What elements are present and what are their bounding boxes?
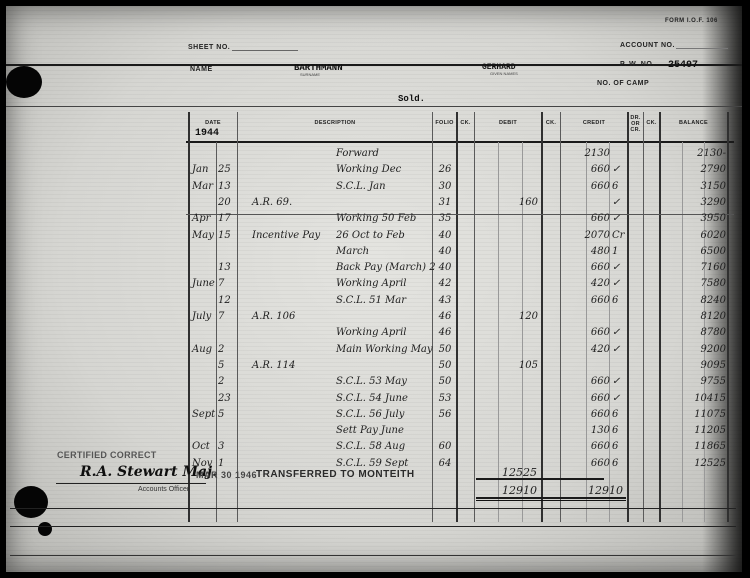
row-month: Apr — [192, 213, 216, 224]
row-balance: 7160 — [662, 262, 726, 273]
row-month: Aug — [192, 344, 216, 355]
punch-hole-bottom-large — [14, 486, 48, 518]
row-check-mark: 6 — [612, 425, 634, 436]
row-balance: 9200 — [662, 344, 726, 355]
row-check-mark: ✓ — [612, 393, 634, 404]
row-day: 20 — [218, 197, 236, 208]
pw-no-value: 25407 — [668, 60, 698, 71]
col-header-year: 1944 — [195, 128, 219, 139]
row-description: S.C.L. 59 Sept — [336, 458, 432, 469]
table-row: Sept5S.C.L. 56 July56660611075 — [0, 409, 750, 425]
row-check-mark: ✓ — [612, 376, 634, 387]
row-day: 13 — [218, 262, 236, 273]
row-day: 23 — [218, 393, 236, 404]
row-balance: 8780 — [662, 327, 726, 338]
row-debit: 105 — [476, 360, 538, 371]
row-description: Working 50 Feb — [336, 213, 432, 224]
row-description: Working Dec — [336, 164, 432, 175]
table-row: 20A.R. 69.31160✓3290 — [0, 197, 750, 213]
col-header-debit: DEBIT — [475, 120, 541, 126]
row-folio: 56 — [434, 409, 456, 420]
row-description: S.C.L. 51 Mar — [336, 295, 432, 306]
table-row: Apr17Working 50 Feb35660✓3950 — [0, 213, 750, 229]
table-header-bottom — [186, 141, 734, 143]
row-month: Sept — [192, 409, 216, 420]
surname-caption: Surname — [300, 72, 320, 77]
row-folio: 42 — [434, 278, 456, 289]
table-row: May15Incentive Pay26 Oct to Feb402070Cr6… — [0, 230, 750, 246]
row-folio: 26 — [434, 164, 456, 175]
row-month: July — [192, 311, 216, 322]
sheet-no-field — [232, 50, 298, 51]
table-row: 5A.R. 114501059095 — [0, 360, 750, 376]
table-row: 23S.C.L. 54 June53660✓10415 — [0, 393, 750, 409]
row-check-mark: ✓ — [612, 164, 634, 175]
table-row: Aug2Main Working May50420✓9200 — [0, 344, 750, 360]
form-number: FORM I.O.F. 106 — [665, 18, 718, 24]
row-day: 2 — [218, 376, 236, 387]
row-check-mark: 6 — [612, 295, 634, 306]
row-balance: 6020 — [662, 230, 726, 241]
row-debit: 120 — [476, 311, 538, 322]
row-folio: 31 — [434, 197, 456, 208]
row-check-mark: ✓ — [612, 262, 634, 273]
row-check-mark: 6 — [612, 181, 634, 192]
row-check-mark: ✓ — [612, 213, 634, 224]
row-folio: 53 — [434, 393, 456, 404]
row-credit: 660 — [562, 327, 610, 338]
row-folio: 50 — [434, 344, 456, 355]
table-row: 13Back Pay (March) 240660✓7160 — [0, 262, 750, 278]
row-month: Mar — [192, 181, 216, 192]
row-day: 5 — [218, 409, 236, 420]
row-folio: 46 — [434, 327, 456, 338]
col-header-folio: FOLIO — [433, 120, 456, 126]
row-folio: 46 — [434, 311, 456, 322]
row-balance: 8120 — [662, 311, 726, 322]
row-credit: 660 — [562, 164, 610, 175]
row-check-mark: ✓ — [612, 327, 634, 338]
col-header-date: DATE — [190, 120, 236, 126]
row-description: March — [336, 246, 432, 257]
camp-label: No. of Camp — [597, 80, 649, 87]
table-row: March4048016500 — [0, 246, 750, 262]
row-folio: 40 — [434, 246, 456, 257]
col-header-ck1: CK. — [457, 120, 474, 126]
col-header-ck3: CK. — [644, 120, 659, 126]
row-description: Working April — [336, 278, 432, 289]
row-folio: 40 — [434, 262, 456, 273]
row-credit: 660 — [562, 441, 610, 452]
row-balance: 11865 — [662, 441, 726, 452]
carried-total: 12525 — [502, 466, 537, 479]
row-folio: 60 — [434, 441, 456, 452]
row-check-mark: ✓ — [612, 197, 634, 208]
row-description: S.C.L. 53 May — [336, 376, 432, 387]
name-label: Name — [190, 66, 213, 73]
totals-rule-2 — [476, 497, 626, 499]
row-check-mark: Cr — [612, 230, 634, 241]
debit-total: 12910 — [502, 484, 537, 497]
row-day: 15 — [218, 230, 236, 241]
row-credit: 660 — [562, 458, 610, 469]
row-reference: Incentive Pay — [252, 230, 342, 241]
row-description: Back Pay (March) 2 — [336, 262, 432, 273]
row-credit: 660 — [562, 262, 610, 273]
row-credit: 660 — [562, 295, 610, 306]
col-header-drcr: DR. OR CR. — [628, 115, 643, 133]
col-header-description: DESCRIPTION — [238, 120, 432, 126]
row-balance: 3950 — [662, 213, 726, 224]
sheet-no-label: Sheet No. — [188, 44, 230, 51]
row-description: Working April — [336, 327, 432, 338]
row-debit: 160 — [476, 197, 538, 208]
row-description: S.C.L. 56 July — [336, 409, 432, 420]
sold-note: Sold. — [398, 94, 425, 104]
row-day: 17 — [218, 213, 236, 224]
transfer-stamp: TRANSFERRED TO MONTEITH — [256, 469, 415, 480]
col-header-balance: BALANCE — [660, 120, 727, 126]
row-description: 26 Oct to Feb — [336, 230, 432, 241]
date-stamp: MAR 30 1946 — [196, 470, 257, 480]
row-check-mark: ✓ — [612, 344, 634, 355]
row-credit: 2070 — [562, 230, 610, 241]
row-day: 5 — [218, 360, 236, 371]
row-balance: 3150 — [662, 181, 726, 192]
row-description: S.C.L. Jan — [336, 181, 432, 192]
row-reference: A.R. 114 — [252, 360, 342, 371]
row-balance: 7580 — [662, 278, 726, 289]
table-row: Working April46660✓8780 — [0, 327, 750, 343]
row-folio: 30 — [434, 181, 456, 192]
row-balance: 8240 — [662, 295, 726, 306]
row-check-mark: 6 — [612, 409, 634, 420]
row-credit: 660 — [562, 213, 610, 224]
punch-hole-bottom-small — [38, 522, 52, 536]
row-balance: 12525 — [662, 458, 726, 469]
row-day: 13 — [218, 181, 236, 192]
row-description: Sett Pay June — [336, 425, 432, 436]
table-row: 12S.C.L. 51 Mar4366068240 — [0, 295, 750, 311]
row-month: Oct — [192, 441, 216, 452]
header-bottom-rule — [6, 106, 742, 107]
row-description: Forward — [336, 148, 432, 159]
row-reference: A.R. 69. — [252, 197, 342, 208]
row-credit: 420 — [562, 278, 610, 289]
row-folio: 50 — [434, 376, 456, 387]
row-day: 3 — [218, 441, 236, 452]
table-row: July7A.R. 106461208120 — [0, 311, 750, 327]
row-credit: 660 — [562, 376, 610, 387]
row-credit: 660 — [562, 181, 610, 192]
table-row: 2S.C.L. 53 May50660✓9755 — [0, 376, 750, 392]
punch-hole-top — [6, 66, 42, 98]
row-credit: 2130 — [562, 148, 610, 159]
row-balance: 9755 — [662, 376, 726, 387]
row-balance: 11205 — [662, 425, 726, 436]
pw-no-label: P. W. No. — [620, 61, 655, 68]
row-folio: 43 — [434, 295, 456, 306]
row-balance: 6500 — [662, 246, 726, 257]
row-check-mark: 6 — [612, 458, 634, 469]
account-no-label: Account No. — [620, 42, 675, 49]
account-no-field — [676, 48, 728, 49]
row-credit: 660 — [562, 409, 610, 420]
table-row: Forward21302130- — [0, 148, 750, 164]
row-balance: 10415 — [662, 393, 726, 404]
row-month: Jan — [192, 164, 216, 175]
row-balance: 2790 — [662, 164, 726, 175]
row-balance: 11075 — [662, 409, 726, 420]
row-check-mark: 6 — [612, 441, 634, 452]
row-credit: 480 — [562, 246, 610, 257]
col-header-ck2: CK. — [542, 120, 560, 126]
row-balance: 9095 — [662, 360, 726, 371]
row-day: 2 — [218, 344, 236, 355]
totals-rule-3 — [476, 500, 626, 501]
certified-correct-stamp: CERTIFIED CORRECT — [57, 450, 157, 460]
row-credit: 130 — [562, 425, 610, 436]
row-day: 7 — [218, 278, 236, 289]
row-check-mark: 1 — [612, 246, 634, 257]
row-folio: 40 — [434, 230, 456, 241]
credit-total: 12910 — [588, 484, 623, 497]
table-row: June7Working April42420✓7580 — [0, 278, 750, 294]
signature-line — [56, 483, 206, 484]
row-day: 7 — [218, 311, 236, 322]
row-description: S.C.L. 54 June — [336, 393, 432, 404]
row-credit: 660 — [562, 393, 610, 404]
totals-rule-1 — [476, 478, 604, 480]
row-balance: 2130- — [662, 148, 726, 159]
row-description: S.C.L. 58 Aug — [336, 441, 432, 452]
row-folio: 35 — [434, 213, 456, 224]
table-row: Jan25Working Dec26660✓2790 — [0, 164, 750, 180]
row-month: May — [192, 230, 216, 241]
row-check-mark: ✓ — [612, 278, 634, 289]
row-credit: 420 — [562, 344, 610, 355]
row-reference: A.R. 106 — [252, 311, 342, 322]
officer-title: Accounts Officer — [138, 486, 189, 493]
row-folio: 64 — [434, 458, 456, 469]
table-row: Mar13S.C.L. Jan3066063150 — [0, 181, 750, 197]
row-month: June — [192, 278, 216, 289]
row-folio: 50 — [434, 360, 456, 371]
col-header-credit: CREDIT — [561, 120, 627, 126]
given-names-caption: Given Names — [490, 71, 518, 76]
row-balance: 3290 — [662, 197, 726, 208]
row-day: 25 — [218, 164, 236, 175]
row-description: Main Working May — [336, 344, 432, 355]
row-day: 1 — [218, 458, 236, 469]
row-day: 12 — [218, 295, 236, 306]
table-row: Sett Pay June130611205 — [0, 425, 750, 441]
